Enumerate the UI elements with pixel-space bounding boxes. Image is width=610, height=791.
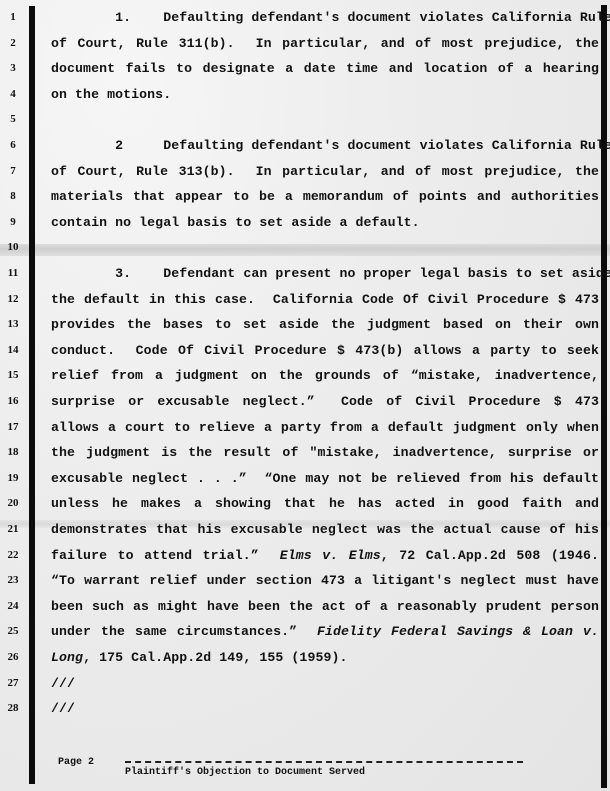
line-number: 20 — [0, 497, 26, 509]
line-number: 1 — [0, 11, 26, 23]
text-line: the default in this case. California Cod… — [51, 292, 599, 307]
line-number: 15 — [0, 369, 26, 381]
text-line: materials that appear to be a memorandum… — [51, 189, 599, 204]
line-number: 24 — [0, 600, 26, 612]
text-line: document fails to designate a date time … — [51, 61, 599, 76]
line-number: 12 — [0, 293, 26, 305]
line-number: 11 — [0, 267, 26, 279]
text-line: “To warrant relief under section 473 a l… — [51, 573, 599, 588]
text-line: the judgment is the result of "mistake, … — [51, 445, 599, 460]
line-number: 18 — [0, 446, 26, 458]
line-number: 23 — [0, 574, 26, 586]
document-title: Plaintiff's Objection to Document Served — [125, 767, 365, 778]
text-line: demonstrates that his excusable neglect … — [51, 522, 599, 537]
line-number: 6 — [0, 139, 26, 151]
text-line: relief from a judgment on the grounds of… — [51, 368, 599, 383]
text-line: surprise or excusable neglect.” Code of … — [51, 394, 599, 409]
text-line: allows a court to relieve a party from a… — [51, 420, 599, 435]
line-number: 26 — [0, 651, 26, 663]
text-line: Long, 175 Cal.App.2d 149, 155 (1959). — [51, 650, 599, 665]
left-margin-rule — [29, 6, 35, 784]
line-number: 21 — [0, 523, 26, 535]
text-line: contain no legal basis to set aside a de… — [51, 215, 599, 230]
case-citation: Long — [51, 650, 83, 665]
line-number: 8 — [0, 190, 26, 202]
line-number: 25 — [0, 625, 26, 637]
line-number: 28 — [0, 702, 26, 714]
text-line: failure to attend trial.” Elms v. Elms, … — [51, 548, 599, 563]
text-line: been such as might have been the act of … — [51, 599, 599, 614]
text-line: /// — [51, 701, 599, 716]
line-number: 10 — [0, 241, 26, 253]
case-citation: Elms v. Elms — [280, 548, 381, 563]
text-line: provides the bases to set aside the judg… — [51, 317, 599, 332]
text-line: unless he makes a showing that he has ac… — [51, 496, 599, 511]
line-number: 17 — [0, 421, 26, 433]
footer-divider — [125, 761, 523, 763]
text-line: excusable neglect . . .” “One may not be… — [51, 471, 599, 486]
text-line: /// — [51, 676, 599, 691]
text-line: on the motions. — [51, 87, 599, 102]
line-number: 13 — [0, 318, 26, 330]
line-number: 22 — [0, 549, 26, 561]
text-line: 1. Defaulting defendant's document viola… — [51, 10, 599, 25]
right-margin-rule — [601, 5, 607, 788]
line-number: 4 — [0, 88, 26, 100]
line-number: 27 — [0, 677, 26, 689]
text-line: under the same circumstances.” Fidelity … — [51, 624, 599, 639]
line-number: 9 — [0, 216, 26, 228]
page-number: Page 2 — [58, 757, 94, 768]
document-page: 1234567891011121314151617181920212223242… — [0, 0, 610, 791]
line-number: 3 — [0, 62, 26, 74]
text-line: 2 Defaulting defendant's document violat… — [51, 138, 599, 153]
line-number: 7 — [0, 165, 26, 177]
paper-fold — [0, 244, 610, 256]
text-line: 3. Defendant can present no proper legal… — [51, 266, 599, 281]
line-number: 5 — [0, 113, 26, 125]
text-line: of Court, Rule 313(b). In particular, an… — [51, 164, 599, 179]
line-number: 16 — [0, 395, 26, 407]
line-number: 14 — [0, 344, 26, 356]
text-line: conduct. Code Of Civil Procedure $ 473(b… — [51, 343, 599, 358]
case-citation: Fidelity Federal Savings & Loan v. — [317, 624, 599, 639]
line-number: 19 — [0, 472, 26, 484]
line-number: 2 — [0, 37, 26, 49]
text-line: of Court, Rule 311(b). In particular, an… — [51, 36, 599, 51]
